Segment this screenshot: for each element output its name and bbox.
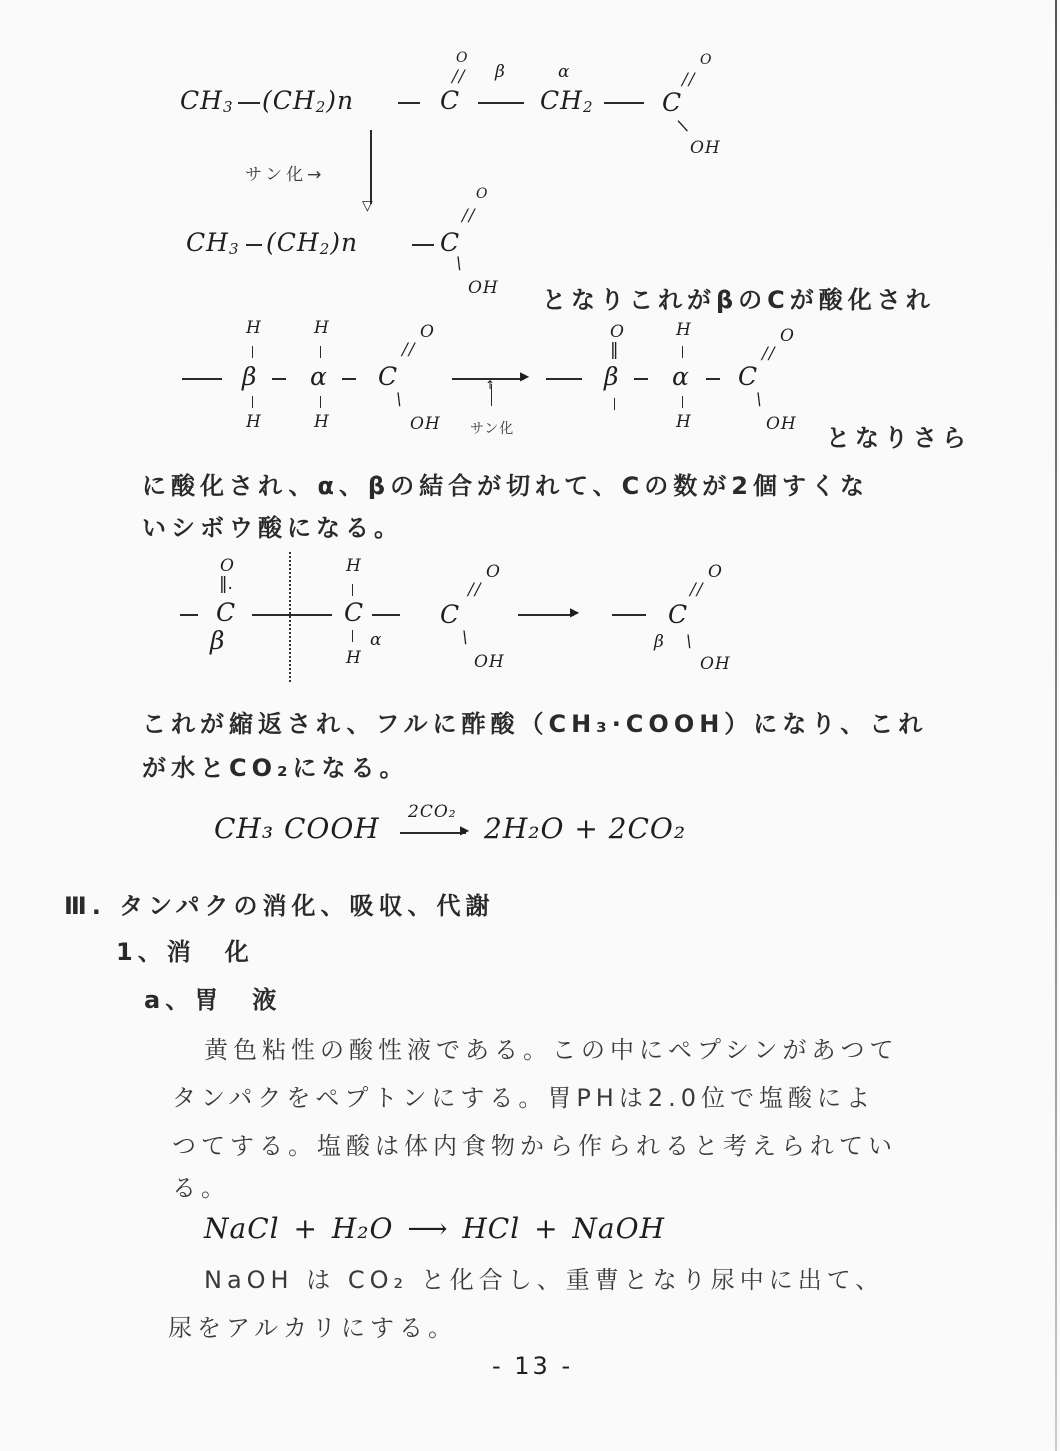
bond [342, 378, 356, 380]
alpha-label: α [558, 62, 570, 82]
product-acid-c: C [440, 228, 460, 257]
single-bond: \ [756, 390, 763, 410]
bond [252, 396, 253, 408]
body-line-1: 黄色粘性の酸性液である。この中にペプシンがあつて [204, 1030, 898, 1065]
single-bond: \ [462, 628, 469, 648]
sub-subsection-heading: a、胃 液 [144, 980, 281, 1015]
bond [682, 346, 683, 358]
single-bond: \ [456, 254, 463, 274]
bond [246, 244, 262, 246]
body-line-4: る。 [172, 1168, 230, 1203]
equation-nacl: NaCl + H₂O ⟶ HCl + NaOH [204, 1212, 665, 1245]
h-atom: H [314, 318, 330, 338]
beta-carbon: C [216, 598, 236, 627]
double-bond: // [690, 580, 703, 600]
bond [182, 378, 222, 380]
beta-label: β [654, 632, 665, 652]
page-number: - 13 - [492, 1352, 573, 1380]
bond [478, 102, 524, 104]
double-bond: // [402, 340, 415, 360]
oh-group: OH [766, 414, 797, 434]
double-bond: ‖ [610, 340, 619, 360]
reaction-arrow [518, 614, 574, 616]
carboxyl-c: C [668, 600, 688, 629]
up-arrow-icon: ↑ [485, 378, 495, 392]
product-ch2n: (CH2)n [266, 228, 358, 258]
paragraph-1-line-1: に酸化され、α、βの結合が切れて、Cの数が2個すくな [142, 466, 869, 501]
bond [612, 614, 646, 616]
o-atom: O [420, 322, 435, 342]
o-atom: O [708, 562, 723, 582]
bond [546, 378, 582, 380]
paragraph-1-line-2: いシボウ酸になる。 [142, 508, 403, 543]
double-bond: // [468, 580, 481, 600]
alpha-ch2: CH2 [540, 86, 593, 116]
bond [320, 346, 321, 358]
arrowhead-icon: ▶ [570, 605, 579, 619]
single-bond: \ [686, 632, 693, 652]
beta-label: β [210, 626, 225, 655]
beta-carbon: β [242, 362, 257, 391]
reactant-ch2n: (CH2)n [262, 86, 354, 116]
double-bond: // [452, 67, 465, 87]
arrow-label: サン化→ [245, 160, 325, 185]
bond [398, 102, 420, 104]
reactant-ch3: CH3 [180, 86, 233, 116]
o-atom: O [610, 322, 625, 342]
bond-cleaved [252, 614, 332, 616]
bond [238, 102, 260, 104]
bond [706, 378, 720, 380]
double-bond: // [462, 206, 475, 226]
products: 2H₂O + 2CO₂ [484, 812, 686, 845]
carbonyl-o: O [456, 50, 468, 66]
body-line-2: タンパクをペプトンにする。胃PHは2.0位で塩酸によ [172, 1078, 875, 1113]
alpha-label: α [370, 630, 382, 650]
double-bond: ‖. [219, 574, 233, 594]
bond [272, 378, 286, 380]
alpha-carbon: α [672, 362, 690, 391]
double-bond: // [682, 70, 695, 90]
bond [352, 584, 353, 596]
bond [604, 102, 644, 104]
arrowhead-icon: ▽ [362, 198, 373, 214]
reaction-arrow [400, 832, 466, 834]
oh-group: OH [410, 414, 441, 434]
oh-group: OH [700, 654, 731, 674]
bond [412, 244, 434, 246]
reaction2-text: となりさら [826, 418, 971, 453]
o-atom: O [220, 556, 235, 576]
o-atom: O [486, 562, 501, 582]
o-atom: O [780, 326, 795, 346]
subsection-heading: 1、消 化 [116, 932, 254, 967]
bond [372, 614, 400, 616]
bond [352, 630, 353, 642]
reaction1-text: となりこれがβのCが酸化され [542, 280, 935, 315]
single-bond: \ [675, 116, 692, 136]
beta-carbon: β [604, 362, 619, 391]
bond [682, 396, 683, 408]
bond [180, 614, 198, 616]
acid-oh: OH [690, 138, 721, 158]
bond [634, 378, 648, 380]
body-line-3: つてする。塩酸は体内食物から作られると考えられてい [172, 1126, 897, 1161]
acid-c: C [662, 88, 682, 117]
arrowhead-icon: ▶ [520, 369, 529, 383]
alpha-carbon: α [310, 362, 328, 391]
acetic-acid: CH₃ COOH [214, 812, 380, 845]
bond [614, 398, 615, 410]
section-heading: Ⅲ. タンパクの消化、吸収、代謝 [64, 886, 494, 921]
arrow-label: サン化 [470, 418, 514, 438]
product-ch3: CH3 [186, 228, 239, 258]
h-atom: H [246, 318, 262, 338]
acid-o: O [700, 52, 712, 68]
scan-edge [1055, 0, 1057, 1451]
product-acid-o: O [476, 186, 488, 202]
h-atom: H [346, 648, 362, 668]
reaction-arrow-down [370, 130, 372, 204]
single-bond: \ [396, 390, 403, 410]
double-bond: // [762, 344, 775, 364]
paragraph-2-line-1: これが縮返され、フルに酢酸（CH₃·COOH）になり、これ [142, 704, 927, 739]
h-atom: H [314, 412, 330, 432]
h-atom: H [246, 412, 262, 432]
body2-line-1: NaOH は CO₂ と化合し、重曹となり尿中に出て、 [204, 1260, 884, 1295]
alpha-carbon: C [344, 598, 364, 627]
body2-line-2: 尿をアルカリにする。 [168, 1308, 457, 1343]
h-atom: H [346, 556, 362, 576]
beta-label: β [495, 62, 506, 82]
h-atom: H [676, 320, 692, 340]
product-acid-oh: OH [468, 278, 499, 298]
bond [252, 346, 253, 358]
arrowhead-icon: ▶ [460, 823, 469, 837]
oh-group: OH [474, 652, 505, 672]
bond [320, 396, 321, 408]
paragraph-2-line-2: が水とCO₂になる。 [142, 748, 409, 783]
h-atom: H [676, 412, 692, 432]
cleavage-line [289, 552, 291, 682]
carboxyl-c: C [378, 362, 398, 391]
arrow-label: 2CO₂ [408, 802, 457, 822]
beta-carbon: C [440, 86, 460, 115]
carboxyl-c: C [738, 362, 758, 391]
carboxyl-c: C [440, 600, 460, 629]
